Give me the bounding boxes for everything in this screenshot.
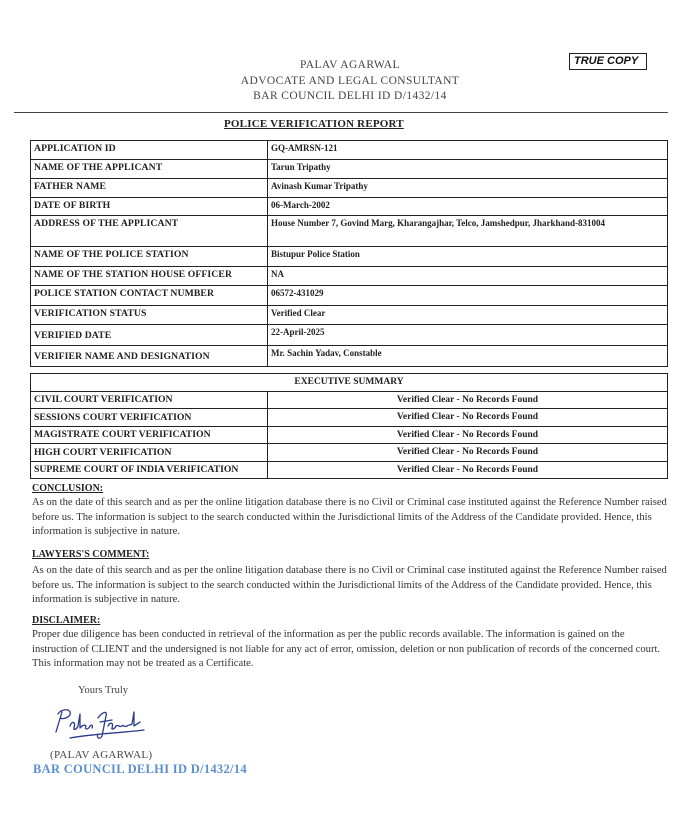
details-value: 22-April-2025 [268, 325, 668, 346]
details-row: NAME OF THE POLICE STATIONBistupur Polic… [31, 247, 668, 267]
summary-row: CIVIL COURT VERIFICATIONVerified Clear -… [31, 391, 668, 409]
details-row: POLICE STATION CONTACT NUMBER06572-43102… [31, 286, 668, 306]
summary-row: MAGISTRATE COURT VERIFICATIONVerified Cl… [31, 426, 668, 444]
details-label: NAME OF THE STATION HOUSE OFFICER [31, 267, 268, 286]
summary-label: MAGISTRATE COURT VERIFICATION [31, 426, 268, 444]
details-row: VERIFICATION STATUSVerified Clear [31, 306, 668, 325]
details-row: ADDRESS OF THE APPLICANTHouse Number 7, … [31, 216, 668, 247]
details-value: 06-March-2002 [268, 198, 668, 216]
conclusion-title: CONCLUSION: [32, 483, 103, 494]
details-label: NAME OF THE POLICE STATION [31, 247, 268, 267]
details-value: Verified Clear [268, 306, 668, 325]
summary-status: Verified Clear - No Records Found [268, 461, 668, 479]
details-row: APPLICATION IDGQ-AMRSN-121 [31, 141, 668, 160]
summary-status: Verified Clear - No Records Found [268, 426, 668, 444]
true-copy-stamp: TRUE COPY [569, 53, 647, 70]
closing-text: Yours Truly [78, 685, 128, 696]
disclaimer-title: DISCLAIMER: [32, 615, 100, 626]
summary-label: HIGH COURT VERIFICATION [31, 444, 268, 462]
summary-status: Verified Clear - No Records Found [268, 444, 668, 462]
details-row: NAME OF THE APPLICANTTarun Tripathy [31, 160, 668, 179]
summary-label: SESSIONS COURT VERIFICATION [31, 409, 268, 427]
details-label: POLICE STATION CONTACT NUMBER [31, 286, 268, 306]
signatory-name: (PALAV AGARWAL) [50, 749, 152, 761]
details-value: Mr. Sachin Yadav, Constable [268, 346, 668, 367]
details-value: GQ-AMRSN-121 [268, 141, 668, 160]
summary-heading-row: EXECUTIVE SUMMARY [31, 374, 668, 392]
details-label: VERIFIED DATE [31, 325, 268, 346]
summary-label: CIVIL COURT VERIFICATION [31, 391, 268, 409]
signatory-bar-id: BAR COUNCIL DELHI ID D/1432/14 [33, 762, 247, 777]
details-value: Tarun Tripathy [268, 160, 668, 179]
details-value: Bistupur Police Station [268, 247, 668, 267]
disclaimer-text: Proper due diligence has been conducted … [32, 628, 668, 672]
summary-heading: EXECUTIVE SUMMARY [31, 374, 668, 392]
lawyers-comment-title: LAWYERS'S COMMENT: [32, 549, 149, 560]
details-row: FATHER NAMEAvinash Kumar Tripathy [31, 179, 668, 198]
lawyers-comment-text: As on the date of this search and as per… [32, 564, 668, 608]
header-divider [14, 112, 668, 113]
letterhead: PALAV AGARWAL ADVOCATE AND LEGAL CONSULT… [100, 58, 600, 105]
details-label: VERIFIER NAME AND DESIGNATION [31, 346, 268, 367]
details-row: VERIFIED DATE22-April-2025 [31, 325, 668, 346]
report-title: POLICE VERIFICATION REPORT [224, 118, 404, 130]
summary-status: Verified Clear - No Records Found [268, 391, 668, 409]
details-row: NAME OF THE STATION HOUSE OFFICERNA [31, 267, 668, 286]
advocate-name: PALAV AGARWAL [100, 58, 600, 74]
details-row: DATE OF BIRTH06-March-2002 [31, 198, 668, 216]
details-label: ADDRESS OF THE APPLICANT [31, 216, 268, 247]
details-label: DATE OF BIRTH [31, 198, 268, 216]
signature-image [50, 700, 150, 744]
details-value: Avinash Kumar Tripathy [268, 179, 668, 198]
summary-label: SUPREME COURT OF INDIA VERIFICATION [31, 461, 268, 479]
details-label: NAME OF THE APPLICANT [31, 160, 268, 179]
details-label: FATHER NAME [31, 179, 268, 198]
conclusion-text: As on the date of this search and as per… [32, 496, 668, 540]
details-value: House Number 7, Govind Marg, Kharangajha… [268, 216, 668, 247]
details-value: 06572-431029 [268, 286, 668, 306]
applicant-details-table: APPLICATION IDGQ-AMRSN-121NAME OF THE AP… [30, 140, 668, 367]
summary-row: SUPREME COURT OF INDIA VERIFICATIONVerif… [31, 461, 668, 479]
details-value: NA [268, 267, 668, 286]
details-label: APPLICATION ID [31, 141, 268, 160]
summary-row: HIGH COURT VERIFICATIONVerified Clear - … [31, 444, 668, 462]
details-label: VERIFICATION STATUS [31, 306, 268, 325]
details-row: VERIFIER NAME AND DESIGNATIONMr. Sachin … [31, 346, 668, 367]
advocate-title: ADVOCATE AND LEGAL CONSULTANT [100, 74, 600, 90]
advocate-bar-id: BAR COUNCIL DELHI ID D/1432/14 [100, 89, 600, 105]
summary-status: Verified Clear - No Records Found [268, 409, 668, 427]
summary-row: SESSIONS COURT VERIFICATIONVerified Clea… [31, 409, 668, 427]
executive-summary-table: EXECUTIVE SUMMARY CIVIL COURT VERIFICATI… [30, 373, 668, 479]
